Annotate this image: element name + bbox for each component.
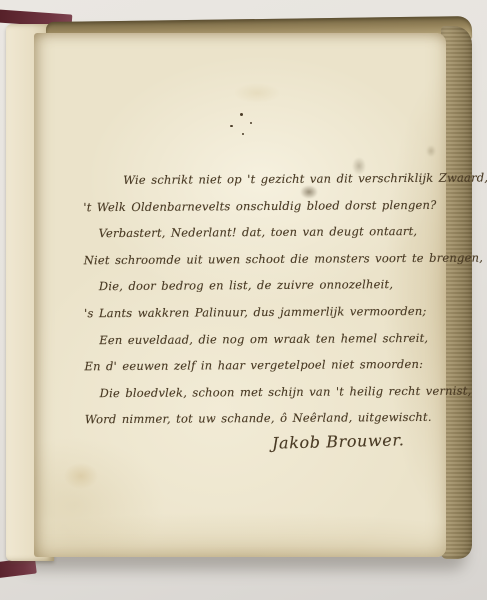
poem-line: Word nimmer, tot uw schande, ô Neêrland,…: [85, 404, 450, 433]
paper-stain: [234, 83, 280, 103]
ink-dot: [240, 113, 243, 116]
poem-line: Een euveldaad, die nog om wraak ten heme…: [84, 324, 449, 353]
ink-dot: [230, 125, 233, 127]
ink-blot-cluster: [230, 113, 256, 139]
ink-smudge: [426, 145, 436, 157]
ink-dot: [242, 133, 244, 135]
paper-stain: [64, 463, 98, 489]
poem-line: 's Lants wakkren Palinuur, dus jammerlij…: [84, 298, 449, 327]
ink-dot: [250, 122, 252, 124]
photograph-background: Wie schrikt niet op 't gezicht van dit v…: [0, 0, 487, 600]
poem-line: 't Welk Oldenbarnevelts onschuldig bloed…: [83, 191, 448, 220]
poem-text: Wie schrikt niet op 't gezicht van dit v…: [83, 165, 450, 433]
manuscript-page: Wie schrikt niet op 't gezicht van dit v…: [34, 33, 446, 557]
poem-line: Wie schrikt niet op 't gezicht van dit v…: [83, 165, 448, 194]
poem-line: Die, door bedrog en list, de zuivre onno…: [84, 271, 449, 300]
poem-line: Die bloedvlek, schoon met schijn van 't …: [85, 377, 450, 406]
poem-line: En d' eeuwen zelf in haar vergetelpoel n…: [84, 351, 449, 380]
poem-line: Verbastert, Nederlant! dat, toen van deu…: [83, 218, 448, 247]
poem-line: Niet schroomde uit uwen schoot die monst…: [84, 245, 449, 274]
signature: Jakob Brouwer.: [272, 430, 405, 452]
